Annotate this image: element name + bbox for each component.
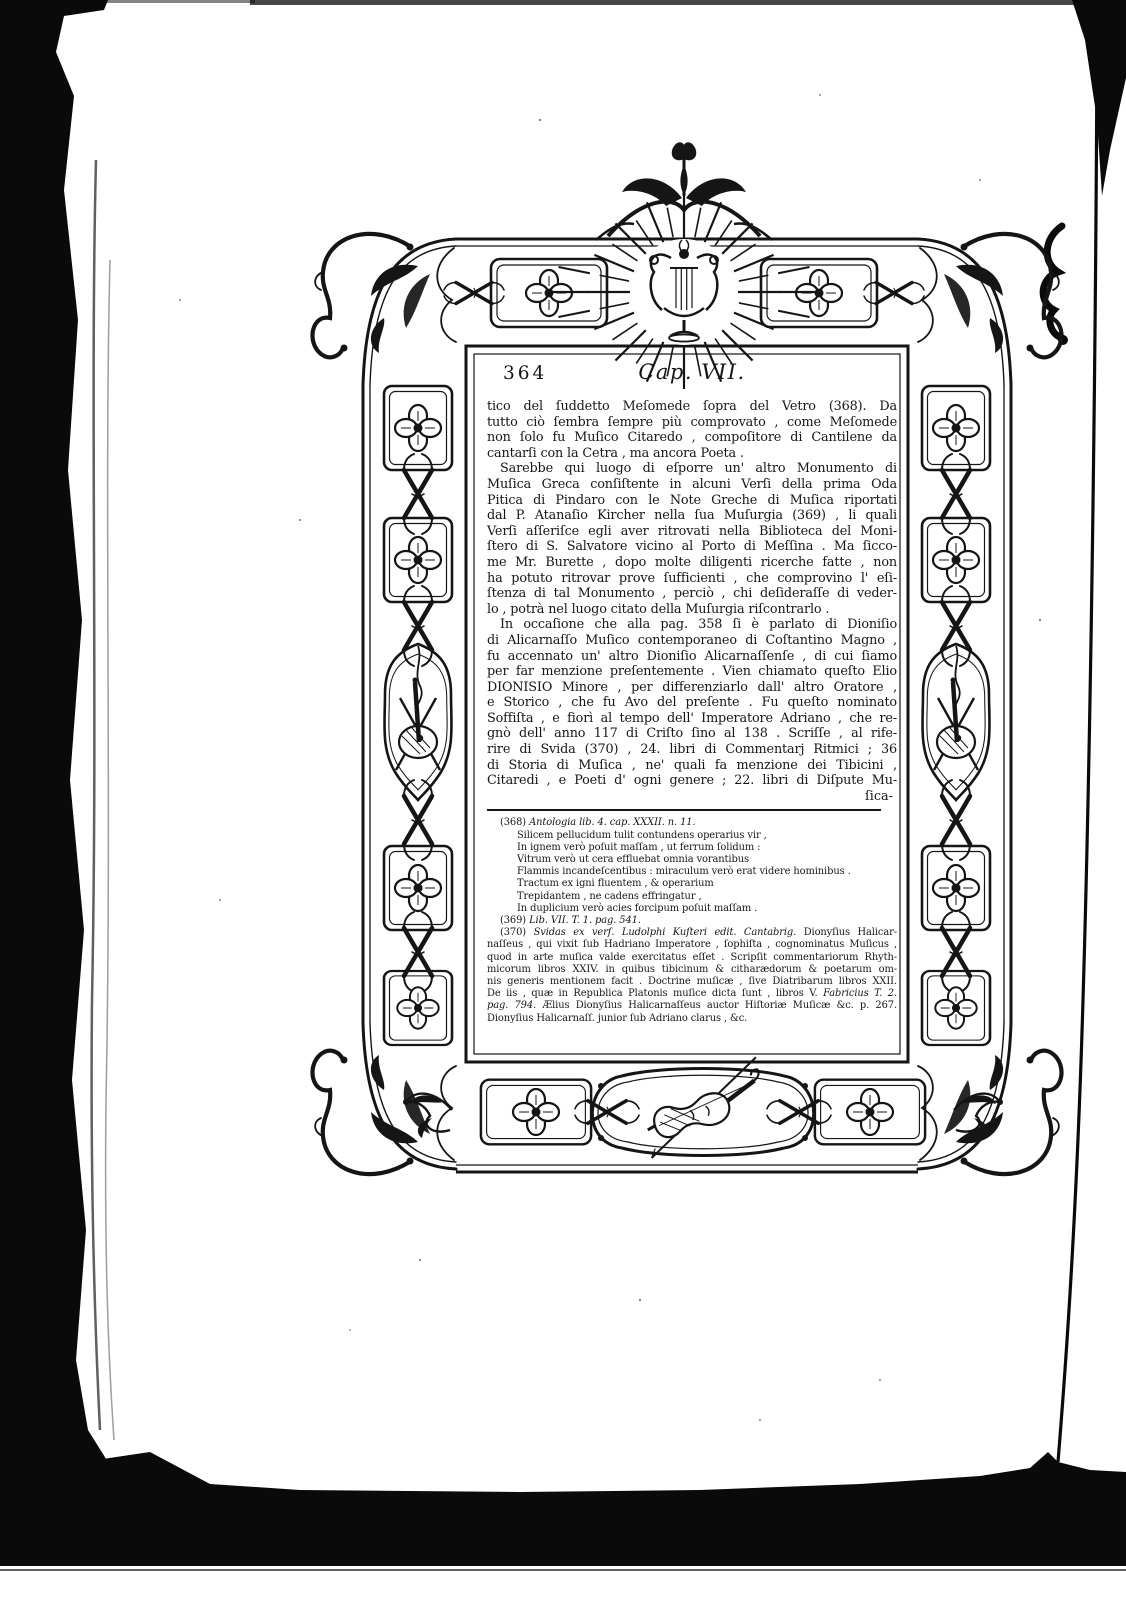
footnote-line: In ignem verò poſuit maſſam , ut ferrum … <box>487 842 897 854</box>
footnote-line: pag. 794. Ælius Dionyſius Halicarnaſſeus… <box>487 1000 897 1012</box>
fleur-finial-icon <box>673 143 696 159</box>
book-page-scan: 364 Cap. VII. tico del ſuddetto Meſomede… <box>0 0 1126 1600</box>
mandolin-trophy-icon <box>922 644 989 800</box>
rosette-icon <box>933 405 979 451</box>
rococo-corner-top-right <box>918 234 1062 385</box>
footnote-separator-rule <box>487 809 881 811</box>
page-edge-line <box>1058 40 1097 1462</box>
footnote-line: Vitrum verò ut cera effluebat omnia vora… <box>487 854 897 866</box>
rosette-icon <box>935 987 976 1028</box>
bottom-scan-band <box>0 1446 1126 1566</box>
page-number: 364 <box>503 363 547 384</box>
rosette-icon <box>847 1089 893 1135</box>
footnote-line: nis generis mentionem facit . Doctrine m… <box>487 976 897 988</box>
paragraph: In occaſione che alla pag. 358 ſi è parl… <box>487 617 897 789</box>
rosette-icon <box>397 987 438 1028</box>
page-header: 364 Cap. VII. <box>487 360 897 390</box>
rosette-icon <box>395 405 441 451</box>
right-ornament-band <box>922 386 990 1045</box>
footnote-line: In duplicium verò acies forcipum poſuit … <box>487 903 897 915</box>
footnote-line: (369) Lib. VII. T. 1. pag. 541. <box>487 915 897 927</box>
footnote-line: Trepidantem , ne cadens effringatur , <box>487 891 897 903</box>
rococo-corner-top-left <box>312 234 456 385</box>
catchword: ſica- <box>487 789 897 805</box>
footnote-line: Flammis incandeſcentibus : miraculum ver… <box>487 866 897 878</box>
rosette-icon <box>933 865 979 911</box>
rosette-icon <box>513 1089 559 1135</box>
violin-and-bow-icon <box>633 1057 775 1158</box>
footnote-line: Tractum ex igni fluentem , & operarium <box>487 878 897 890</box>
footnote-line: (370) Svidas ex verſ. Ludolphi Kuſteri e… <box>487 927 897 939</box>
left-gutter <box>0 0 160 1500</box>
footnote-line: micorum libros XXIV. in quibus tibicinum… <box>487 964 897 976</box>
top-right-corner-blob <box>1072 0 1126 196</box>
footnote-line: Dionyſius Halicarnaſſ. junior ſub Adrian… <box>487 1013 897 1025</box>
lyre-sunburst-icon <box>548 143 820 389</box>
footnote-line: De iis , quæ in Republica Platonis muſic… <box>487 988 897 1000</box>
footnote-line: (368) Antologia lib. 4. cap. XXXII. n. 1… <box>487 817 897 829</box>
footnote-line: quod in arte muſica valde exercitatus eſ… <box>487 952 897 964</box>
footnote-line: Silicem pellucidum tulit contundens oper… <box>487 830 897 842</box>
paragraph: tico del ſuddetto Meſomede ſopra del Vet… <box>487 399 897 461</box>
top-edge-smudge <box>250 0 1080 5</box>
rosette-icon <box>395 865 441 911</box>
footnote-line: naſſeus , qui vixit ſub Hadriano Imperat… <box>487 939 897 951</box>
rosette-icon <box>395 537 441 583</box>
left-ornament-band <box>384 386 452 1045</box>
footnotes: (368) Antologia lib. 4. cap. XXXII. n. 1… <box>487 817 897 1024</box>
paragraph: Sarebbe qui luogo di eſporre un' altro M… <box>487 461 897 617</box>
rosette-icon <box>933 537 979 583</box>
chapter-heading: Cap. VII. <box>487 360 897 384</box>
body-text: tico del ſuddetto Meſomede ſopra del Vet… <box>487 399 897 789</box>
text-block: 364 Cap. VII. tico del ſuddetto Meſomede… <box>487 360 897 1025</box>
bottom-ornament-band <box>403 1057 1003 1158</box>
mandolin-trophy-icon <box>384 644 451 800</box>
